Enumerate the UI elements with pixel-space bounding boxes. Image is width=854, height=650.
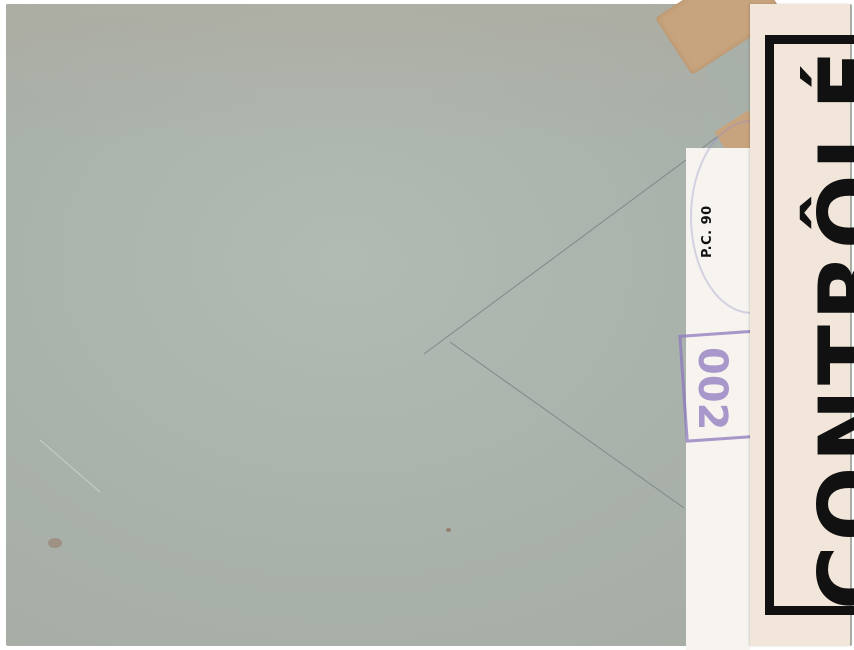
censor-strip-text: CONTRÔLÉ — [808, 46, 854, 610]
censor-code: P.C. 90 — [700, 205, 715, 258]
foxing-stain — [48, 538, 62, 548]
ink-spot — [446, 528, 451, 532]
censor-stamp-number: 002 — [689, 347, 735, 431]
